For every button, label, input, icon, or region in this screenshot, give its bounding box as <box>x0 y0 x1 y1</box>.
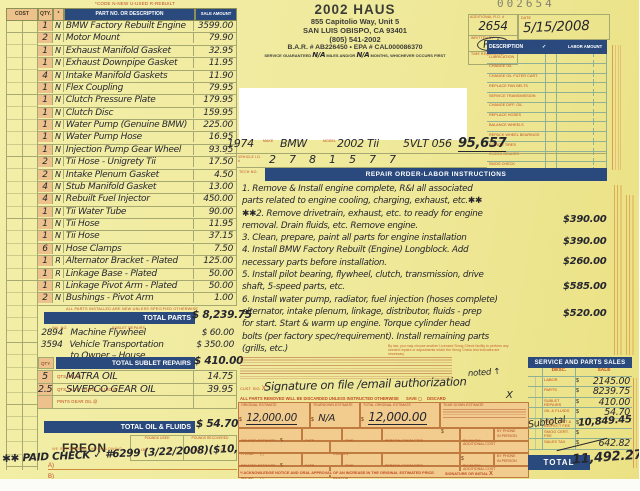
summary-pre-cell <box>528 377 543 386</box>
right-margin-fine-print <box>612 45 621 170</box>
part-qty: 4 <box>38 194 53 204</box>
part-qty: 1 <box>38 219 53 229</box>
parts-row: 2 N Bushings - Pivot Arm 1.00 <box>38 293 236 305</box>
cost-column-divider <box>22 8 23 470</box>
oil-qty-header: QTY. <box>41 361 51 366</box>
part-code: N <box>53 108 64 117</box>
instruction-line: ✱✱2. Remove drivetrain, exhaust, etc. to… <box>242 209 558 221</box>
checklist-amount-cell <box>556 64 606 73</box>
checklist-row: SERVICE TRANSMISSION <box>487 93 606 103</box>
checklist-amount-cell <box>556 74 606 83</box>
part-code: N <box>53 207 64 216</box>
part-amount: 37.15 <box>194 231 236 241</box>
labor-price-2: $390.00 <box>563 236 606 247</box>
checklist-row: CHANGE OIL <box>487 64 606 74</box>
part-qty: 2 <box>38 293 53 303</box>
checklist-item-label: SERVICE TRANSMISSION <box>487 93 545 102</box>
part-qty: 1 <box>38 231 53 241</box>
guarantee-na2: N/A <box>356 51 369 59</box>
date-value: 5/15/2008 <box>523 18 590 36</box>
sale-header: SALE <box>576 368 632 376</box>
sublet-description: Machine Flywheel <box>66 328 201 338</box>
parts-row: 4 N Rebuilt Fuel Injector 450.00 <box>38 194 236 206</box>
oil-table: 5 QTS. OIL @ MATRA OIL 14.75 2.5 QTS. AU… <box>38 370 237 409</box>
checklist-row: REPLACE HOSES <box>487 113 606 123</box>
guarantee-suffix: MONTHS, WHICHEVER OCCURS FIRST <box>371 53 446 58</box>
part-code: N <box>53 58 64 67</box>
part-description: Water Pump (Genuine BMW) <box>64 120 194 130</box>
part-description: Rebuilt Fuel Injector <box>64 194 194 204</box>
sublet-amount: $ 60.00 <box>201 328 237 338</box>
part-amount: 17.50 <box>194 157 236 167</box>
checklist-amount-cell <box>556 103 606 112</box>
part-qty: 1 <box>38 108 53 118</box>
part-qty: 1 <box>38 58 53 68</box>
part-description: Intake Plenum Gasket <box>64 170 194 180</box>
parts-row: 1 N Tii Hose 11.95 <box>38 219 236 231</box>
parts-row: 4 N Intake Manifold Gaskets 11.90 <box>38 71 236 83</box>
revised-time-1: TIME <box>342 428 382 441</box>
part-code: N <box>53 120 64 129</box>
part-qty: 4 <box>38 182 53 192</box>
part-code: N <box>53 182 64 191</box>
additional-cost-label: ADDITIONAL COST <box>461 442 528 447</box>
summary-row-value: 410.00 <box>582 397 632 407</box>
labor-price-4: $585.00 <box>563 281 606 292</box>
instruction-line: 6. Install water pump, radiator, fuel in… <box>242 295 558 307</box>
parts-row: 1 N Flex Coupling 79.95 <box>38 83 236 95</box>
part-qty: 1 <box>38 269 53 279</box>
checklist-check-cell <box>545 74 557 83</box>
checklist-item-label: CHANGE DIFF. OIL <box>487 103 545 112</box>
part-description: Motor Mount <box>64 33 194 43</box>
part-description: Clutch Pressure Plate <box>64 95 194 105</box>
checklist-row: CHANGE DIFF. OIL <box>487 103 606 113</box>
teardown-right-box: TEAR DOWN ESTIMATE $ <box>440 402 529 428</box>
part-description: Tii Hose <box>64 231 194 241</box>
part-qty: 1 <box>38 281 53 291</box>
summary-row-label: SUBLET REPAIRS <box>543 398 576 407</box>
sale-amount-header: SALE AMOUNT <box>195 8 237 21</box>
guarantee-prefix: SERVICE GUARANTEED <box>264 53 311 58</box>
part-code: N <box>53 132 64 141</box>
part-code: N <box>53 219 64 228</box>
code-header: * <box>53 8 64 21</box>
parts-row: 1 N Tii Water Tube 90.00 <box>38 207 236 219</box>
vehicle-model: 2002 Tii <box>337 137 379 150</box>
part-amount: 225.00 <box>194 120 236 130</box>
parts-row: 1 R Linkage Base - Plated 50.00 <box>38 269 236 281</box>
part-qty: 2 <box>38 170 53 180</box>
part-qty: 1 <box>38 256 53 266</box>
person-contacted-2: PERSON CONTACTED <box>382 453 460 466</box>
person-contacted-1: PERSON CONTACTED <box>382 428 460 441</box>
part-description: BMW Factory Rebuilt Engine <box>64 21 194 31</box>
checklist-amount-cell <box>556 83 606 92</box>
summary-row-value: 642.82 <box>582 438 632 448</box>
part-amount: 125.00 <box>194 256 236 266</box>
grand-total-label: TOTAL <box>544 458 575 467</box>
checklist-check-cell <box>545 54 557 63</box>
total-original-estimate-label: TOTAL ORIGINAL ESTIMATE <box>361 403 439 408</box>
additional-ro-value: 2654 <box>469 19 517 33</box>
part-qty: 1 <box>38 21 53 31</box>
teardown-estimate-box: TEARDOWN ESTIMATE $ N/A <box>310 402 360 428</box>
parts-row: 1 N Water Pump (Genuine BMW) 225.00 <box>38 120 236 132</box>
tech-no-label: TECH NO. <box>239 170 263 174</box>
part-description: Alternator Bracket - Plated <box>64 256 194 266</box>
instruction-line: necessary parts before installation. <box>242 258 558 270</box>
checklist-item-label: REPLACE FAN BELTS <box>487 83 545 92</box>
labor-price-1: $390.00 <box>563 214 606 225</box>
checklist-amount-cell <box>556 54 606 63</box>
total-parts-bar: TOTAL PARTS <box>44 312 195 324</box>
part-code: N <box>53 157 64 166</box>
recommend-line-a: A) <box>48 463 237 470</box>
part-description: Tii Water Tube <box>64 207 194 217</box>
checklist-check-cell <box>545 83 557 92</box>
phone-1: PHONE ( ) <box>238 441 330 453</box>
sales-summary-title: SERVICE AND PARTS SALES <box>535 360 626 366</box>
parts-row: 2 N Intake Plenum Gasket 4.50 <box>38 170 236 182</box>
revised-estimate-1: REVISED ESTIMATE $ <box>238 428 302 441</box>
part-code: N <box>53 170 64 179</box>
part-qty: 2 <box>38 157 53 167</box>
part-amount: 11.90 <box>194 71 236 81</box>
vin-label: VEHICLE I.D. # <box>238 156 264 163</box>
sublet-row: 2894 Machine Flywheel $ 60.00 <box>38 328 237 340</box>
part-amount: 11.95 <box>194 219 236 229</box>
part-description: Tii Hose - Unigrety Tii <box>64 157 194 167</box>
part-code: N <box>53 71 64 80</box>
summary-row-label: SMOG CERT. FEE <box>543 429 576 438</box>
checklist-amount-cell <box>556 122 606 131</box>
part-amount: 32.95 <box>194 46 236 56</box>
part-qty: 1 <box>38 95 53 105</box>
repair-order-scan: *CODE N-NEW U-USED R-REBUILT COST QTY. *… <box>0 0 639 479</box>
shop-header: 2002 HAUS 855 Capitolio Way, Unit 5 SAN … <box>245 2 465 59</box>
part-description: Exhaust Manifold Gasket <box>64 46 194 56</box>
sublet-description: Vehicle Transportation <box>65 340 196 350</box>
part-qty: 4 <box>38 71 53 81</box>
oil-handwritten-product: MATRA OIL <box>66 371 118 382</box>
checklist-description-header: DESCRIPTION <box>489 44 523 50</box>
vin-value: 2781577 <box>269 153 409 166</box>
checklist-check-cell <box>545 64 557 73</box>
part-amount: 11.95 <box>194 58 236 68</box>
oil-row: 2.5 QTS. AUTO TRANS. FLUID @ SWEPCO GEAR… <box>38 384 236 397</box>
sublet-invoice-number: 3594 <box>38 340 65 350</box>
shop-address2: SAN LUIS OBISPO, CA 93401 <box>245 26 465 35</box>
dollar-sign: $ <box>239 417 242 423</box>
checklist-check-cell <box>545 113 557 122</box>
part-code: R <box>53 281 64 290</box>
original-estimate-box: ORIGINAL ESTIMATE $ 12,000.00 <box>238 402 310 428</box>
checklist-header-bar: DESCRIPTION ✓ LABOR AMOUNT <box>487 40 607 54</box>
freon-recovered-header: POUNDS RECOVERED <box>184 436 236 440</box>
make-label: MAKE <box>263 140 273 144</box>
parts-table-header: COST QTY. * PART NO. OR DESCRIPTION SALE… <box>6 8 237 21</box>
vehicle-info-row: 1974 MAKE BMW MODEL 2002 Tii 5VLT 056 95… <box>225 140 607 154</box>
summary-row-value: 8239.75 <box>582 386 632 396</box>
revised-time-2: TIME <box>342 453 382 466</box>
instruction-line: parts related to engine cooling, chargin… <box>242 196 558 208</box>
checklist-amount-cell <box>556 113 606 122</box>
part-amount: 90.00 <box>194 207 236 217</box>
instruction-line: bolts (per factory spec/requirement). In… <box>242 332 558 344</box>
oil-handwritten-product: SWEPCO GEAR OIL <box>66 384 156 395</box>
checklist-check-cell <box>545 122 557 131</box>
parts-row: 4 N Stub Manifold Gasket 13.00 <box>38 182 236 194</box>
part-code: R <box>53 269 64 278</box>
line-a-label: A) <box>48 463 54 469</box>
dollar-sign: $ <box>361 417 364 423</box>
total-oil-label: TOTAL OIL & FLUIDS <box>121 424 191 431</box>
instruction-line: alternator, intake plenum, linkage, dist… <box>242 307 558 319</box>
oil-row: PINTS GEAR OIL @ <box>38 396 236 409</box>
summary-pre-cell <box>528 398 543 407</box>
checklist-item-label: LUBRICATION <box>487 54 545 63</box>
oil-row: 5 QTS. OIL @ MATRA OIL 14.75 <box>38 371 236 384</box>
summary-pre-cell <box>528 387 543 396</box>
by-phone-1: BY PHONE IN PERSON <box>494 428 529 441</box>
part-description: Linkage Pivot Arm - Plated <box>64 281 194 291</box>
dollar-sign: $ <box>311 417 314 423</box>
part-code: N <box>53 21 64 30</box>
summary-row-label: LABOR <box>543 377 576 386</box>
vehicle-license: 5VLT 056 <box>403 137 452 150</box>
discard-label: DISCARD <box>427 396 446 401</box>
total-oil-value: $ 54.70 <box>196 418 238 430</box>
checklist-row: LUBRICATION <box>487 54 606 64</box>
part-qty: 1 <box>38 120 53 130</box>
stamped-ro-number: 002654 <box>497 0 555 10</box>
by-whom-2: BY WHOM <box>460 453 494 466</box>
teardown-estimate-value: N/A <box>318 413 335 424</box>
instruction-line: 4. Install BMW Factory Rebuilt (Engine) … <box>242 245 558 257</box>
parts-code-legend: *CODE N-NEW U-USED R-REBUILT <box>95 1 175 6</box>
original-estimate-value: 12,000.00 <box>246 412 297 425</box>
parts-discard-line: ALL PARTS REMOVED WILL BE DISCARDED UNLE… <box>240 396 528 401</box>
freon-used-header: POUNDS USED <box>131 436 183 440</box>
parts-row: 6 N Hose Clamps 7.50 <box>38 244 236 256</box>
part-description: Linkage Base - Plated <box>64 269 194 279</box>
total-original-estimate-value: 12,000.00 <box>368 410 426 425</box>
total-sublet-value: $ 410.00 <box>194 355 243 367</box>
vehicle-year: 1974 <box>227 137 254 150</box>
desc-header: DESC. <box>543 368 576 376</box>
part-amount: 3599.00 <box>194 21 236 31</box>
part-code: N <box>53 145 64 154</box>
instruction-line: 1. Remove & Install engine complete, R&I… <box>242 184 558 196</box>
cost-header: COST <box>6 8 38 21</box>
part-description-header: PART NO. OR DESCRIPTION <box>64 8 195 21</box>
part-description: Flex Coupling <box>64 83 194 93</box>
oil-amount: 39.95 <box>194 384 236 396</box>
signature-or-initial: SIGNATURE OR INITIAL X <box>445 471 493 477</box>
parts-table: 1 N BMW Factory Rebuilt Engine 3599.00 2… <box>38 21 237 306</box>
date-box: DATE 5/15/2008 <box>518 14 610 40</box>
phone-paren: ( ) <box>258 476 263 479</box>
reason-label: REASON <box>331 476 348 479</box>
right-margin-fine-print-2 <box>614 185 622 355</box>
oil-qty: 5 <box>38 371 53 383</box>
part-amount: 159.95 <box>194 108 236 118</box>
part-description: Exhaust Downpipe Gasket <box>64 58 194 68</box>
labor-instructions-title: REPAIR ORDER-LABOR INSTRUCTIONS <box>366 171 507 178</box>
summary-row-value: 2145.00 <box>582 376 632 386</box>
instruction-line: shaft, 5-speed parts, etc. <box>242 282 558 294</box>
part-code: N <box>53 33 64 42</box>
vin-row: VEHICLE I.D. # 2781577 <box>237 154 487 168</box>
parts-row: 1 N Clutch Disc 159.95 <box>38 108 236 120</box>
vehicle-mileage: 95,657 <box>458 136 506 152</box>
part-description: Injection Pump Gear Wheel <box>64 145 194 155</box>
recommend-line-b: B) <box>48 474 237 479</box>
original-estimate-label: ORIGINAL ESTIMATE <box>239 403 309 408</box>
vehicle-make: BMW <box>280 137 307 150</box>
parts-row: 1 R Linkage Pivot Arm - Plated 50.00 <box>38 281 236 293</box>
oil-qty-header-box: QTY. <box>38 357 54 369</box>
checklist-item-label: CHANGE OIL FILTER CART. <box>487 74 545 83</box>
oil-amount: 14.75 <box>194 371 236 383</box>
check-mark-header: ✓ <box>542 44 546 50</box>
total-oil-bar: TOTAL OIL & FLUIDS <box>44 421 195 433</box>
sales-summary-table: LABOR $ 2145.00 PARTS $ 8239.75 SUBLET R… <box>528 377 632 450</box>
summary-pre-cell <box>528 439 543 448</box>
part-code: N <box>53 293 64 302</box>
discard-x-mark: X <box>506 390 513 401</box>
checklist-labor-header: LABOR AMOUNT <box>565 45 605 49</box>
revised-date-2: DATE <box>302 453 342 466</box>
guarantee-mid: MILES AND/OR <box>326 53 355 58</box>
signature-initial-x: X <box>489 471 493 477</box>
cust-sig-label: CUST. SIG. X <box>240 386 266 392</box>
sales-summary-title-bar: SERVICE AND PARTS SALES <box>528 357 632 368</box>
phone-label: PHONE <box>239 476 254 479</box>
by-whom-1: BY WHOM <box>460 428 494 441</box>
part-amount: 50.00 <box>194 281 236 291</box>
part-code: N <box>53 83 64 92</box>
parts-row: 1 N Tii Hose 37.15 <box>38 231 236 243</box>
part-qty: 1 <box>38 83 53 93</box>
labor-instructions-bar: REPAIR ORDER-LABOR INSTRUCTIONS <box>265 168 607 181</box>
parts-row: 1 N Clutch Pressure Plate 179.95 <box>38 95 236 107</box>
reason-1: REASON <box>330 441 460 453</box>
parts-row: 1 N Exhaust Downpipe Gasket 11.95 <box>38 58 236 70</box>
instruction-line: 5. Install pilot bearing, flywheel, clut… <box>242 270 558 282</box>
guarantee-na1: N/A <box>312 51 325 59</box>
checklist-amount-cell <box>556 93 606 102</box>
part-description: Tii Hose <box>64 219 194 229</box>
noted-annotation: noted ↑ <box>468 367 501 379</box>
signature-initial-label: SIGNATURE OR INITIAL <box>445 472 488 476</box>
parts-row: 2 N Tii Hose - Unigrety Tii 17.50 <box>38 157 236 169</box>
revised-estimate-2: REVISED ESTIMATE $ <box>238 453 302 466</box>
sublet-row: 3594 Vehicle Transportation $ 350.00 <box>38 340 237 352</box>
part-code: N <box>53 244 64 253</box>
parts-row: 1 N BMW Factory Rebuilt Engine 3599.00 <box>38 21 236 33</box>
part-description: Intake Manifold Gaskets <box>64 71 194 81</box>
shop-bar-epa-line: B.A.R. # AB226450 • EPA # CAL000086370 <box>245 44 465 51</box>
instruction-line: for start. Start & warm up engine. Torqu… <box>242 319 558 331</box>
qty-header: QTY. <box>38 8 53 21</box>
save-label: SAVE <box>406 396 417 401</box>
part-qty: 1 <box>38 132 53 142</box>
cust-sig-text: CUST. SIG. <box>240 386 261 391</box>
part-code: R <box>53 256 64 265</box>
part-amount: 79.95 <box>194 83 236 93</box>
smog-check-notice: By law, you may choose another Licensed … <box>388 344 516 357</box>
oil-qty: 2.5 <box>38 384 53 396</box>
oil-qty <box>38 396 53 408</box>
by-phone-2: BY PHONE IN PERSON <box>494 453 529 466</box>
teardown-estimate-label: TEARDOWN ESTIMATE <box>311 403 359 408</box>
acknowledge-line: *I ACKNOWLEDGE NOTICE AND ORAL APPROVAL … <box>240 471 440 475</box>
oil-printed-label: PINTS GEAR OIL @ <box>53 396 194 408</box>
parts-row: 2 N Motor Mount 79.90 <box>38 33 236 45</box>
shop-address1: 855 Capitolio Way, Unit 5 <box>245 17 465 26</box>
parts-row: 1 N Water Pump Hose 16.95 <box>38 132 236 144</box>
oil-amount <box>194 396 236 408</box>
checklist-row: CHANGE OIL FILTER CART. <box>487 74 606 84</box>
line-b-label: B) <box>48 474 54 479</box>
part-description: Bushings - Pivot Arm <box>64 293 194 303</box>
part-code: N <box>53 194 64 203</box>
teardown-right-label: TEAR DOWN ESTIMATE <box>441 403 528 408</box>
part-amount: 1.00 <box>194 293 236 303</box>
total-sublet-label: TOTAL SUBLET REPAIRS <box>112 360 191 367</box>
parts-row: 1 N Exhaust Manifold Gasket 32.95 <box>38 46 236 58</box>
labor-price-5: $520.00 <box>563 308 606 319</box>
part-qty: 2 <box>38 33 53 43</box>
shop-name: 2002 HAUS <box>245 2 465 17</box>
part-description: Water Pump Hose <box>64 132 194 142</box>
parts-row: 1 N Injection Pump Gear Wheel 93.95 <box>38 145 236 157</box>
service-guarantee-line: SERVICE GUARANTEED N/A MILES AND/OR N/A … <box>245 51 465 59</box>
redacted-customer-info <box>239 88 467 140</box>
sublet-invoice-number: 2894 <box>38 328 66 338</box>
part-description: Stub Manifold Gasket <box>64 182 194 192</box>
checklist-item-label: BALANCE WHEELS <box>487 122 545 131</box>
additional-cost-1: ADDITIONAL COST $ <box>460 441 529 453</box>
total-sublet-bar: TOTAL SUBLET REPAIRS <box>56 357 195 369</box>
right-margin-fine-print-3 <box>626 195 634 355</box>
part-qty: 1 <box>38 46 53 56</box>
grand-total-value: 11,492.27 <box>572 448 639 468</box>
checklist-check-cell <box>545 93 557 102</box>
right-margin-fine-print-4 <box>633 378 639 468</box>
part-amount: 7.50 <box>194 244 236 254</box>
part-amount: 450.00 <box>194 194 236 204</box>
part-description: Clutch Disc <box>64 108 194 118</box>
checklist-item-label: REPLACE HOSES <box>487 113 545 122</box>
part-qty: 6 <box>38 244 53 254</box>
shop-phone: (805) 541-2002 <box>245 35 465 44</box>
part-amount: 13.00 <box>194 182 236 192</box>
checklist-item-label: CHANGE OIL <box>487 64 545 73</box>
part-code: N <box>53 231 64 240</box>
parts-row: 1 R Alternator Bracket - Plated 125.00 <box>38 256 236 268</box>
total-parts-label: TOTAL PARTS <box>143 315 191 322</box>
checklist-row: BALANCE WHEELS <box>487 122 606 132</box>
total-original-estimate-box: TOTAL ORIGINAL ESTIMATE $ 12,000.00 <box>360 402 440 428</box>
additional-ro-box: ADDITIONAL R.O. # 2654 <box>468 14 518 36</box>
part-amount: 79.90 <box>194 33 236 43</box>
model-label: MODEL <box>323 140 336 144</box>
in-person-label: IN PERSON <box>495 459 528 464</box>
part-qty: 1 <box>38 145 53 155</box>
